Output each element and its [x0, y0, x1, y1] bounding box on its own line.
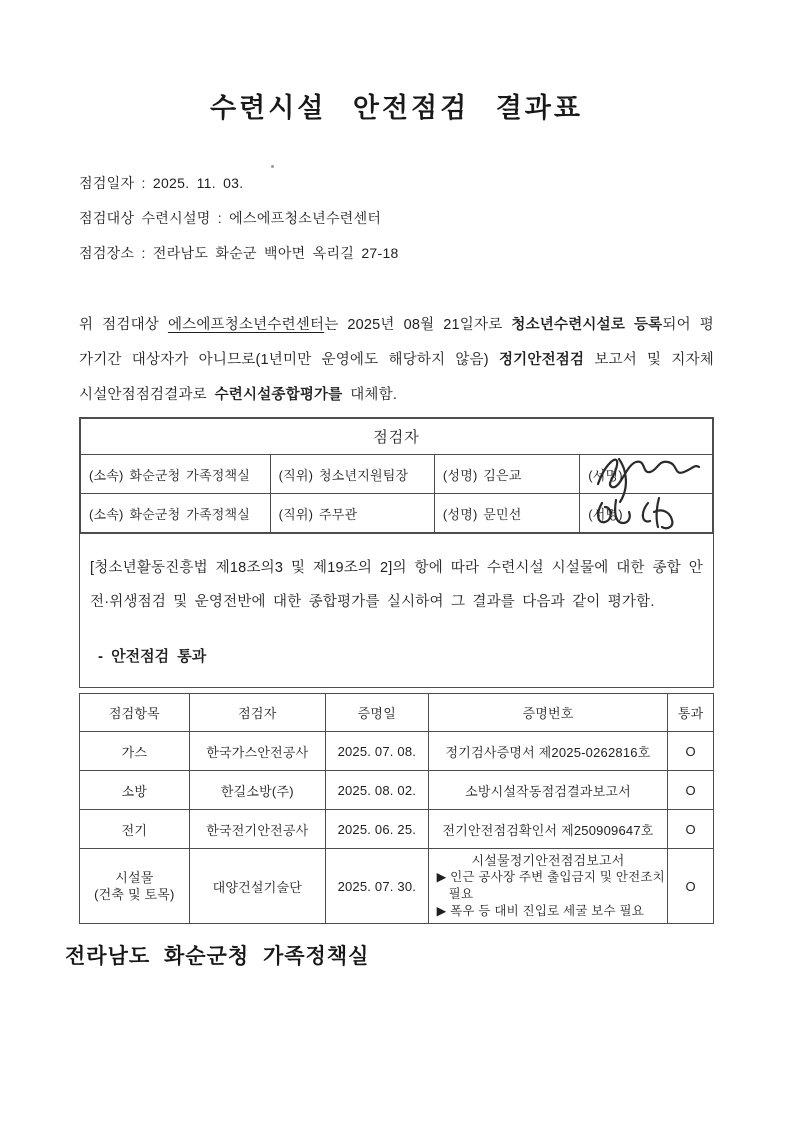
cert-note: ▶ 폭우 등 대비 진입로 세굴 보수 필요 — [431, 903, 666, 920]
document-page: 수련시설 안전점검 결과표 점검일자 : 2025. 11. 03. 점검대상 … — [0, 0, 793, 1122]
pass-cell: O — [668, 810, 714, 849]
inspector-table: 점검자 (소속) 화순군청 가족정책실 (직위) 청소년지원팀장 (성명) 김은… — [80, 418, 713, 533]
cert-no-cell: 정기검사증명서 제2025-0262816호 — [428, 732, 668, 771]
header-inspector: 점검자 — [189, 694, 325, 732]
inspection-date-line: 점검일자 : 2025. 11. 03. — [79, 173, 714, 194]
cert-no-cell: 소방시설작동점검결과보고서 — [428, 771, 668, 810]
intro-segment: 청소년수련시설로 등록 — [511, 317, 662, 333]
handwritten-signature-icon — [588, 491, 698, 535]
intro-segment: 수련시설종합평가를 — [215, 387, 343, 403]
pass-cell: O — [668, 732, 714, 771]
position-cell: (직위) 주무관 — [270, 494, 434, 533]
item-cell: 전기 — [80, 810, 190, 849]
inspector-cell: 대양건설기술단 — [189, 849, 325, 924]
intro-segment: 는 2025년 08월 21일자로 — [324, 317, 511, 333]
cert-no-cell: 시설물정기안전점검보고서 ▶ 인근 공사장 주변 출입금지 및 안전조치 필요 … — [428, 849, 668, 924]
header-cert-date: 증명일 — [325, 694, 428, 732]
position-cell: (직위) 청소년지원팀장 — [270, 455, 434, 494]
header-cert-no: 증명번호 — [428, 694, 668, 732]
cert-date-cell: 2025. 08. 02. — [325, 771, 428, 810]
results-row-facility: 시설물 (건축 및 토목) 대양건설기술단 2025. 07. 30. 시설물정… — [80, 849, 714, 924]
intro-segment: 에스에프청소년수련센터 — [168, 317, 324, 333]
affiliation-cell: (소속) 화순군청 가족정책실 — [81, 494, 271, 533]
name-cell: (성명) 문민선 — [434, 494, 579, 533]
signature-cell: (서명) — [580, 494, 713, 533]
inspection-location-line: 점검장소 : 전라남도 화순군 백아면 옥리길 27-18 — [79, 243, 714, 264]
inspection-target-line: 점검대상 수련시설명 : 에스에프청소년수련센터 — [79, 208, 714, 229]
legal-basis-section: [청소년활동진흥법 제18조의3 및 제19조의 2]의 항에 따라 수련시설 … — [80, 533, 713, 687]
page-title: 수련시설 안전점검 결과표 — [79, 0, 714, 125]
pass-heading: - 안전점검 통과 — [98, 645, 703, 666]
results-row-fire: 소방 한길소방(주) 2025. 08. 02. 소방시설작동점검결과보고서 O — [80, 771, 714, 810]
header-item: 점검항목 — [80, 694, 190, 732]
item-label: 시설물 — [82, 869, 187, 887]
cert-note: ▶ 인근 공사장 주변 출입금지 및 안전조치 필요 — [431, 869, 666, 903]
scan-speck — [271, 165, 274, 168]
intro-segment: 대체함. — [342, 387, 397, 403]
results-header-row: 점검항목 점검자 증명일 증명번호 통과 — [80, 694, 714, 732]
inspector-row: (소속) 화순군청 가족정책실 (직위) 주무관 (성명) 문민선 (서명) — [81, 494, 713, 533]
intro-paragraph: 위 점검대상 에스에프청소년수련센터는 2025년 08월 21일자로 청소년수… — [79, 308, 714, 413]
issuing-org: 전라남도 화순군청 가족정책실 — [65, 940, 714, 970]
item-cell: 시설물 (건축 및 토목) — [80, 849, 190, 924]
intro-segment: 위 점검대상 — [79, 317, 168, 333]
item-sublabel: (건축 및 토목) — [82, 887, 187, 903]
intro-segment: 정기안전점검 — [499, 352, 584, 368]
signature-cell: (서명) — [580, 455, 713, 494]
pass-cell: O — [668, 771, 714, 810]
results-table: 점검항목 점검자 증명일 증명번호 통과 가스 한국가스안전공사 2025. 0… — [79, 693, 714, 924]
inspector-section-box: 점검자 (소속) 화순군청 가족정책실 (직위) 청소년지원팀장 (성명) 김은… — [79, 417, 714, 688]
affiliation-cell: (소속) 화순군청 가족정책실 — [81, 455, 271, 494]
name-cell: (성명) 김은교 — [434, 455, 579, 494]
header-pass: 통과 — [668, 694, 714, 732]
results-row-gas: 가스 한국가스안전공사 2025. 07. 08. 정기검사증명서 제2025-… — [80, 732, 714, 771]
inspector-cell: 한국전기안전공사 — [189, 810, 325, 849]
cert-title: 시설물정기안전점검보고서 — [431, 852, 666, 869]
cert-date-cell: 2025. 06. 25. — [325, 810, 428, 849]
cert-date-cell: 2025. 07. 30. — [325, 849, 428, 924]
item-cell: 가스 — [80, 732, 190, 771]
cert-date-cell: 2025. 07. 08. — [325, 732, 428, 771]
inspector-cell: 한길소방(주) — [189, 771, 325, 810]
legal-basis-text: [청소년활동진흥법 제18조의3 및 제19조의 2]의 항에 따라 수련시설 … — [90, 551, 703, 619]
results-row-electric: 전기 한국전기안전공사 2025. 06. 25. 전기안전점검확인서 제250… — [80, 810, 714, 849]
item-cell: 소방 — [80, 771, 190, 810]
inspector-cell: 한국가스안전공사 — [189, 732, 325, 771]
inspector-row: (소속) 화순군청 가족정책실 (직위) 청소년지원팀장 (성명) 김은교 (서… — [81, 455, 713, 494]
cert-no-cell: 전기안전점검확인서 제250909647호 — [428, 810, 668, 849]
document-content: 수련시설 안전점검 결과표 점검일자 : 2025. 11. 03. 점검대상 … — [0, 0, 793, 970]
inspection-info: 점검일자 : 2025. 11. 03. 점검대상 수련시설명 : 에스에프청소… — [79, 173, 714, 264]
pass-cell: O — [668, 849, 714, 924]
